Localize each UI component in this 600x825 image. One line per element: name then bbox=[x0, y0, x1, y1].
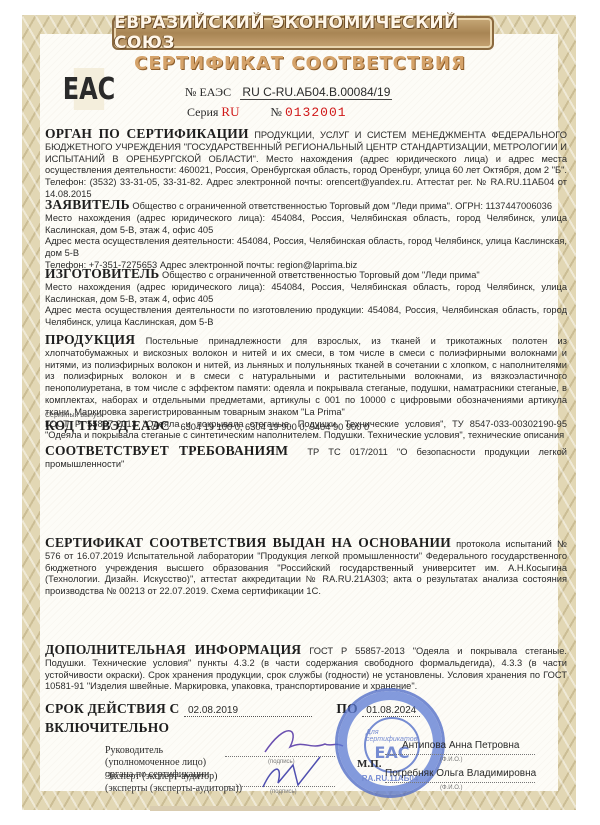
tnved-codes: 6304 19 100 0, 6304 19 900 0, 9404 90 90… bbox=[180, 422, 369, 432]
expert-name-caption: (Ф.И.О.) bbox=[440, 785, 463, 791]
expert-name: Погребняк Ольга Владимировна bbox=[385, 768, 536, 779]
seal-label: М.П. bbox=[357, 758, 381, 770]
certificate-number: № ЕАЭС RU C-RU.АБ04.В.00084/19 bbox=[185, 85, 392, 100]
expert-signature-icon bbox=[258, 755, 328, 795]
union-banner: ЕВРАЗИЙСКИЙ ЭКОНОМИЧЕСКИЙ СОЮЗ bbox=[112, 16, 494, 50]
product-description: Постельные принадлежности для взрослых, … bbox=[45, 336, 567, 417]
certification-body-heading: ОРГАН ПО СЕРТИФИКАЦИИ bbox=[45, 126, 249, 141]
series-value: RU bbox=[221, 104, 239, 119]
compliance-section: СООТВЕТСТВУЕТ ТРЕБОВАНИЯМ ТР ТС 017/2011… bbox=[45, 445, 567, 471]
applicant-section: ЗАЯВИТЕЛЬ Общество с ограниченной ответс… bbox=[45, 199, 567, 272]
validity-from-date: 02.08.2019 bbox=[184, 705, 312, 717]
basis-section: СЕРТИФИКАТ СООТВЕТСТВИЯ ВЫДАН НА ОСНОВАН… bbox=[45, 537, 567, 598]
head-name-line bbox=[385, 754, 535, 755]
eac-logo-icon: ЕАС bbox=[74, 68, 104, 110]
applicant-name: Общество с ограниченной ответственностью… bbox=[132, 201, 552, 211]
head-name: Антипова Анна Петровна bbox=[402, 740, 519, 751]
footer-printer-strip bbox=[150, 806, 380, 811]
blank-number-label: № bbox=[270, 105, 281, 119]
expert-name-line bbox=[385, 782, 535, 783]
additional-info-section: ДОПОЛНИТЕЛЬНАЯ ИНФОРМАЦИЯ ГОСТ Р 55857-2… bbox=[45, 644, 567, 693]
validity-from-label: СРОК ДЕЙСТВИЯ С bbox=[45, 701, 180, 716]
applicant-activity-address: Адрес места осуществления деятельности: … bbox=[45, 236, 567, 260]
tnved-section: КОД ТН ВЭД ЕАЭС 6304 19 100 0, 6304 19 9… bbox=[45, 420, 567, 434]
tnved-heading: КОД ТН ВЭД ЕАЭС bbox=[45, 418, 170, 433]
manufacturer-section: ИЗГОТОВИТЕЛЬ Общество с ограниченной отв… bbox=[45, 268, 567, 329]
manufacturer-heading: ИЗГОТОВИТЕЛЬ bbox=[45, 266, 159, 281]
certificate-number-label: № ЕАЭС bbox=[185, 85, 231, 99]
union-name: ЕВРАЗИЙСКИЙ ЭКОНОМИЧЕСКИЙ СОЮЗ bbox=[114, 13, 492, 53]
basis-heading: СЕРТИФИКАТ СООТВЕТСТВИЯ ВЫДАН НА ОСНОВАН… bbox=[45, 535, 451, 550]
blank-number: 0132001 bbox=[285, 105, 347, 120]
additional-info-heading: ДОПОЛНИТЕЛЬНАЯ ИНФОРМАЦИЯ bbox=[45, 642, 301, 657]
series-row: Серия RU № 0132001 bbox=[187, 104, 347, 120]
head-name-caption: (Ф.И.О.) bbox=[440, 757, 463, 763]
certification-body-section: ОРГАН ПО СЕРТИФИКАЦИИ ПРОДУКЦИИ, УСЛУГ И… bbox=[45, 128, 567, 201]
series-label: Серия bbox=[187, 105, 218, 119]
manufacturer-legal-address: Место нахождения (адрес юридического лиц… bbox=[45, 282, 567, 306]
manufacturer-name: Общество с ограниченной ответственностью… bbox=[162, 270, 480, 280]
applicant-legal-address: Место нахождения (адрес юридического лиц… bbox=[45, 213, 567, 237]
manufacturer-production-address: Адрес места осуществления деятельности п… bbox=[45, 305, 567, 329]
certificate-number-value: RU C-RU.АБ04.В.00084/19 bbox=[240, 85, 392, 100]
expert-signature-label: Эксперт (эксперт-аудитор) (эксперты (экс… bbox=[105, 771, 245, 795]
compliance-heading: СООТВЕТСТВУЕТ ТРЕБОВАНИЯМ bbox=[45, 443, 288, 458]
applicant-heading: ЗАЯВИТЕЛЬ bbox=[45, 197, 130, 212]
product-heading: ПРОДУКЦИЯ bbox=[45, 332, 135, 347]
